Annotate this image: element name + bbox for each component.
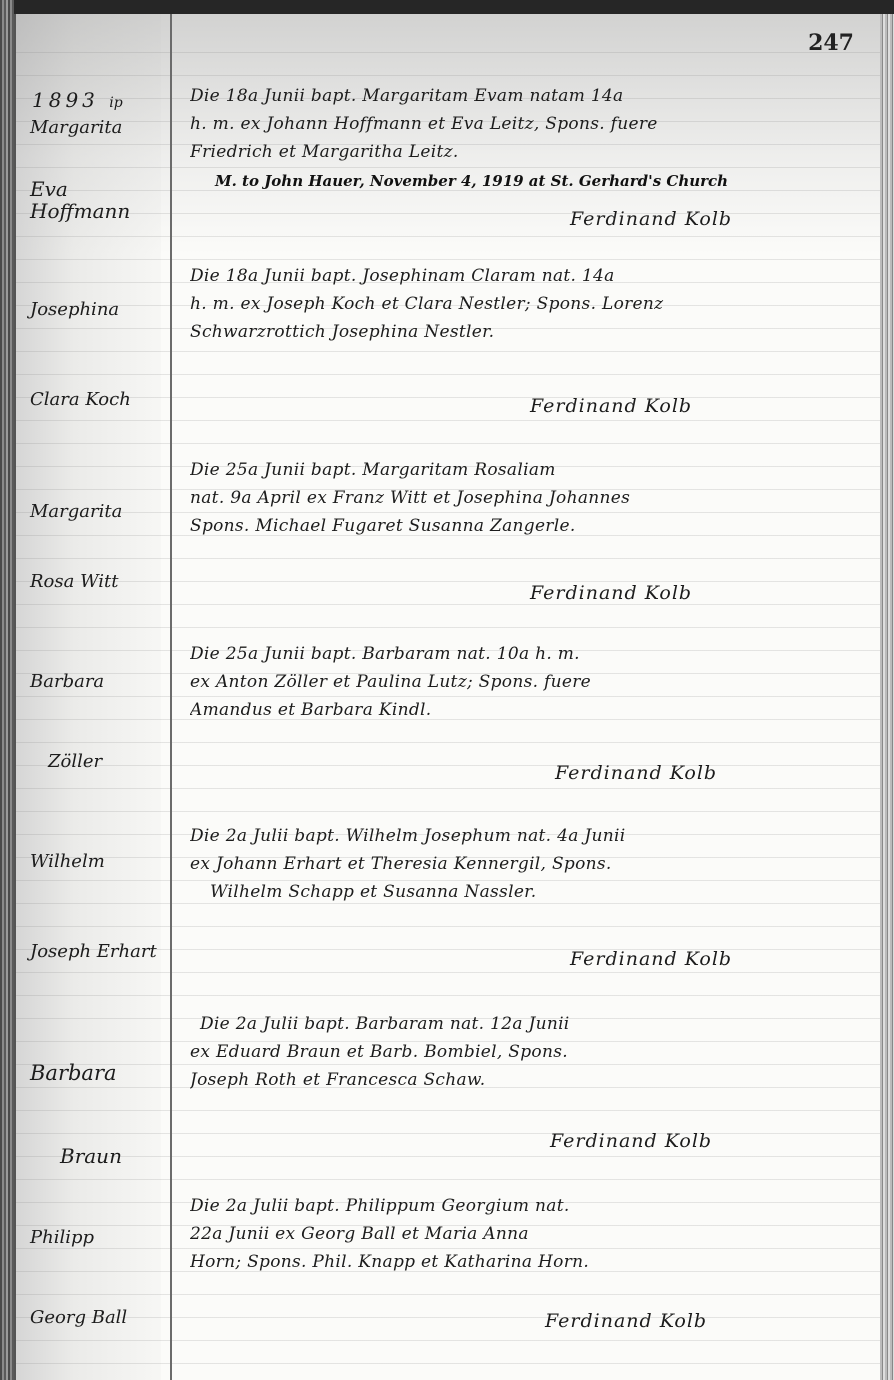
year-suffix: ip: [109, 95, 122, 111]
officiant-signature: Ferdinand Kolb: [555, 762, 894, 784]
officiant-signature: Ferdinand Kolb: [570, 948, 894, 970]
margin-name: Margarita Rosa Witt: [30, 502, 170, 592]
year-heading: 1893 ip: [32, 88, 123, 112]
child-surname: Zöller: [30, 752, 170, 772]
record-line: Spons. Michael Fugaret Susanna Zangerle.: [190, 512, 880, 540]
record-line: Schwarzrottich Josephina Nestler.: [190, 318, 880, 346]
margin-name: Barbara Zöller: [30, 672, 170, 772]
margin-name: Margarita Eva Hoffmann: [30, 118, 170, 222]
record-text: Die 2a Julii bapt. Philippum Georgium na…: [190, 1192, 880, 1276]
child-surname: Braun: [30, 1145, 170, 1167]
child-first-name: Margarita: [30, 118, 170, 138]
officiant-signature: Ferdinand Kolb: [530, 582, 870, 604]
child-first-name: Barbara: [30, 1062, 170, 1085]
record-line: Joseph Roth et Francesca Schaw.: [190, 1066, 880, 1094]
record-line: h. m. ex Johann Hoffmann et Eva Leitz, S…: [190, 110, 880, 138]
marriage-annotation: M. to John Hauer, November 4, 1919 at St…: [215, 172, 885, 190]
record-line: Wilhelm Schapp et Susanna Nassler.: [190, 878, 880, 906]
year-value: 1893: [32, 88, 99, 112]
record-line: Die 18a Junii bapt. Josephinam Claram na…: [190, 262, 880, 290]
record-line: ex Johann Erhart et Theresia Kennergil, …: [190, 850, 880, 878]
child-surname: Rosa Witt: [30, 572, 170, 592]
record-line: nat. 9a April ex Franz Witt et Josephina…: [190, 484, 880, 512]
record-line: Die 18a Junii bapt. Margaritam Evam nata…: [190, 82, 880, 110]
margin-name: Josephina Clara Koch: [30, 300, 170, 410]
record-line: h. m. ex Joseph Koch et Clara Nestler; S…: [190, 290, 880, 318]
record-text: Die 2a Julii bapt. Barbaram nat. 12a Jun…: [190, 1010, 880, 1094]
record-line: Die 25a Junii bapt. Barbaram nat. 10a h.…: [190, 640, 880, 668]
record-line: Die 2a Julii bapt. Philippum Georgium na…: [190, 1192, 880, 1220]
record-text: Die 18a Junii bapt. Josephinam Claram na…: [190, 262, 880, 346]
record-text: Die 18a Junii bapt. Margaritam Evam nata…: [190, 82, 880, 166]
record-line: ex Anton Zöller et Paulina Lutz; Spons. …: [190, 668, 880, 696]
child-first-name: Josephina: [30, 300, 170, 320]
child-first-name: Margarita: [30, 502, 170, 522]
record-text: Die 2a Julii bapt. Wilhelm Josephum nat.…: [190, 822, 880, 906]
record-text: Die 25a Junii bapt. Barbaram nat. 10a h.…: [190, 640, 880, 724]
margin-name: Barbara Braun: [30, 1062, 170, 1167]
record-line: Friedrich et Margaritha Leitz.: [190, 138, 880, 166]
record-line: 22a Junii ex Georg Ball et Maria Anna: [190, 1220, 880, 1248]
child-surname: Clara Koch: [30, 390, 170, 410]
page-number: 247: [808, 30, 854, 56]
margin-column-divider: [170, 14, 172, 1380]
margin-name: Philipp Georg Ball: [30, 1228, 170, 1328]
child-surname: Joseph Erhart: [30, 942, 170, 962]
record-line: Amandus et Barbara Kindl.: [190, 696, 880, 724]
margin-name: Wilhelm Joseph Erhart: [30, 852, 170, 962]
officiant-signature: Ferdinand Kolb: [530, 395, 870, 417]
record-line: Die 2a Julii bapt. Barbaram nat. 12a Jun…: [190, 1010, 880, 1038]
scanned-document: 247 1893 ip Margarita Eva Hoffmann Die 1…: [0, 0, 894, 1380]
child-surname: Eva Hoffmann: [30, 178, 170, 222]
child-first-name: Barbara: [30, 672, 170, 692]
record-line: Die 25a Junii bapt. Margaritam Rosaliam: [190, 456, 880, 484]
record-text: Die 25a Junii bapt. Margaritam Rosaliam …: [190, 456, 880, 540]
record-line: Die 2a Julii bapt. Wilhelm Josephum nat.…: [190, 822, 880, 850]
child-surname: Georg Ball: [30, 1308, 170, 1328]
officiant-signature: Ferdinand Kolb: [545, 1310, 885, 1332]
record-line: Horn; Spons. Phil. Knapp et Katharina Ho…: [190, 1248, 880, 1276]
record-line: ex Eduard Braun et Barb. Bombiel, Spons.: [190, 1038, 880, 1066]
child-first-name: Philipp: [30, 1228, 170, 1248]
officiant-signature: Ferdinand Kolb: [570, 208, 894, 230]
book-binding-edge: [0, 0, 14, 1380]
child-first-name: Wilhelm: [30, 852, 170, 872]
officiant-signature: Ferdinand Kolb: [550, 1130, 890, 1152]
